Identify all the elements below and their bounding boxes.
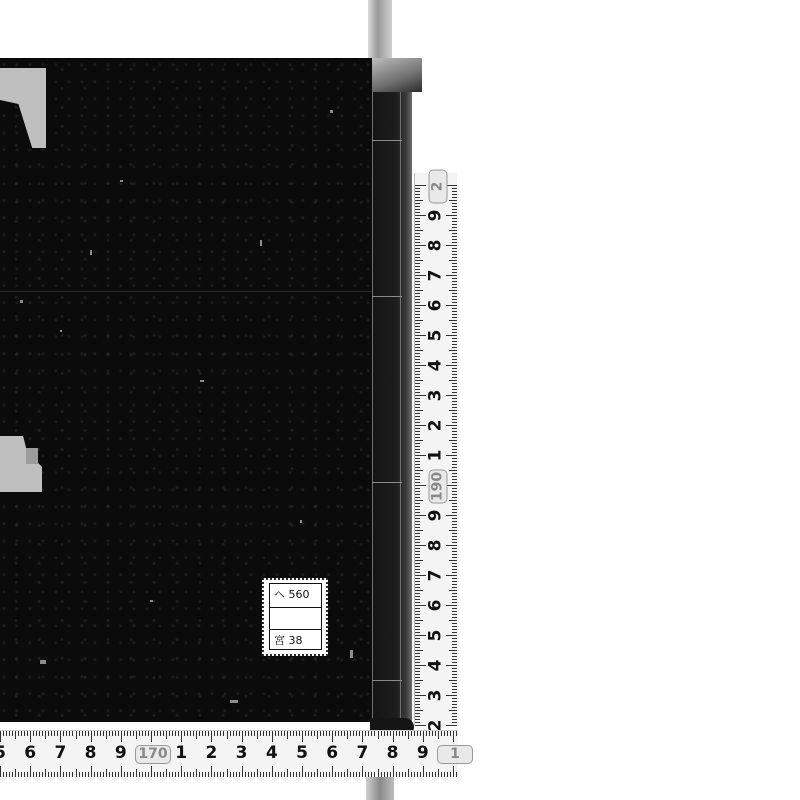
ruler-tick	[446, 395, 457, 396]
ruler-tick	[452, 596, 457, 597]
cover-fold-line	[0, 291, 372, 292]
ruler-tick	[118, 731, 119, 736]
ruler-tick	[452, 644, 457, 645]
ruler-tick	[452, 347, 457, 348]
ruler-tick	[446, 245, 457, 246]
ruler-tick	[415, 518, 420, 519]
spine-worn-top	[372, 58, 422, 92]
cover-wear-speck	[260, 240, 262, 246]
ruler-tick	[449, 440, 457, 441]
cover-wear-speck	[40, 660, 46, 664]
ruler-tick	[452, 602, 457, 603]
ruler-tick	[452, 524, 457, 525]
ruler-label: 3	[428, 686, 445, 706]
ruler-tick	[415, 614, 420, 615]
ruler-tick	[415, 461, 420, 462]
ruler-tick	[163, 772, 164, 777]
ruler-tick	[415, 416, 420, 417]
ruler-tick	[415, 551, 420, 552]
ruler-tick	[311, 731, 312, 736]
ruler-tick	[305, 772, 306, 777]
ruler-tick	[452, 386, 457, 387]
ruler-tick	[18, 772, 19, 777]
ruler-tick	[415, 548, 420, 549]
ruler-tick	[415, 716, 420, 717]
ruler-tick	[384, 772, 385, 777]
ruler-tick	[415, 224, 420, 225]
ruler-tick	[15, 769, 16, 777]
ruler-tick	[452, 569, 457, 570]
ruler-label: 5	[428, 626, 445, 646]
ruler-tick	[415, 395, 426, 396]
ruler-tick	[415, 383, 420, 384]
ruler-tick	[452, 236, 457, 237]
ruler-tick	[154, 772, 155, 777]
ruler-tick	[0, 731, 1, 742]
ruler-tick	[415, 482, 420, 483]
ruler-tick	[415, 530, 423, 531]
ruler-tick	[60, 731, 61, 742]
ruler-tick	[109, 772, 110, 777]
ruler-tick	[452, 233, 457, 234]
ruler-tick	[94, 731, 95, 736]
ruler-tick	[60, 766, 61, 777]
ruler-tick	[415, 230, 423, 231]
ruler-tick	[456, 772, 457, 777]
ruler-tick	[415, 419, 420, 420]
ruler-tick	[452, 389, 457, 390]
ruler-tick	[420, 772, 421, 777]
ruler-tick	[178, 731, 179, 736]
ruler-tick	[420, 731, 421, 736]
ruler-tick	[452, 452, 457, 453]
ruler-tick	[415, 437, 420, 438]
ruler-tick	[205, 772, 206, 777]
ruler-tick	[452, 314, 457, 315]
ruler-tick	[432, 772, 433, 777]
ruler-label: 170	[135, 745, 171, 764]
ruler-tick	[452, 716, 457, 717]
ruler-tick	[415, 467, 420, 468]
ruler-horizontal: 567891701234567891	[0, 730, 458, 777]
ruler-tick	[350, 772, 351, 777]
cover-wear-speck	[90, 250, 92, 255]
ruler-label: 1	[174, 745, 188, 762]
ruler-tick	[452, 242, 457, 243]
ruler-tick	[415, 431, 420, 432]
ruler-tick	[446, 485, 457, 486]
ruler-tick	[275, 731, 276, 736]
ruler-tick	[85, 731, 86, 736]
ruler-tick	[57, 731, 58, 736]
ruler-tick	[415, 464, 420, 465]
ruler-tick	[402, 731, 403, 736]
ruler-tick	[387, 772, 388, 777]
ruler-tick	[452, 677, 457, 678]
ruler-tick	[415, 647, 420, 648]
ruler-tick	[438, 731, 439, 739]
ruler-tick	[452, 203, 457, 204]
ruler-tick	[88, 731, 89, 736]
ruler-tick	[415, 344, 420, 345]
ruler-tick	[452, 671, 457, 672]
ruler-tick	[344, 772, 345, 777]
ruler-tick	[347, 769, 348, 777]
ruler-tick	[48, 772, 49, 777]
ruler-tick	[217, 772, 218, 777]
ruler-tick	[446, 425, 457, 426]
ruler-tick	[415, 533, 420, 534]
ruler-tick	[444, 731, 445, 736]
ruler-tick	[368, 772, 369, 777]
ruler-tick	[415, 260, 423, 261]
ruler-tick	[326, 731, 327, 736]
ruler-tick	[452, 344, 457, 345]
ruler-tick	[452, 404, 457, 405]
spine-edge-line	[372, 58, 373, 722]
ruler-tick	[127, 731, 128, 736]
ruler-tick	[446, 275, 457, 276]
ruler-tick	[415, 569, 420, 570]
ruler-tick	[112, 772, 113, 777]
ruler-tick	[332, 766, 333, 777]
ruler-tick	[446, 305, 457, 306]
ruler-tick	[452, 584, 457, 585]
ruler-tick	[257, 769, 258, 777]
ruler-tick	[452, 473, 457, 474]
ruler-tick	[79, 772, 80, 777]
ruler-tick	[452, 392, 457, 393]
ruler-tick	[415, 455, 426, 456]
ruler-tick	[27, 731, 28, 736]
ruler-tick	[452, 617, 457, 618]
ruler-tick	[415, 497, 420, 498]
ruler-tick	[139, 772, 140, 777]
ruler-tick	[415, 185, 426, 186]
ruler-tick	[411, 772, 412, 777]
ruler-tick	[33, 731, 34, 736]
ruler-tick	[415, 212, 420, 213]
ruler-tick	[449, 650, 457, 651]
ruler-tick	[415, 353, 420, 354]
ruler-label: 7	[428, 266, 445, 286]
ruler-tick	[329, 731, 330, 736]
ruler-tick	[452, 308, 457, 309]
ruler-tick	[415, 404, 420, 405]
ruler-tick	[452, 368, 457, 369]
ruler-tick	[447, 772, 448, 777]
ruler-tick	[415, 491, 420, 492]
ruler-tick	[166, 769, 167, 777]
ruler-tick	[452, 257, 457, 258]
ruler-tick	[415, 311, 420, 312]
ruler-tick	[415, 263, 420, 264]
ruler-tick	[415, 329, 420, 330]
ruler-tick	[72, 772, 73, 777]
ruler-tick	[415, 725, 426, 726]
ruler-tick	[323, 772, 324, 777]
ruler-tick	[452, 509, 457, 510]
ruler-tick	[452, 641, 457, 642]
ruler-tick	[415, 500, 423, 501]
ruler-tick	[230, 772, 231, 777]
ruler-tick	[415, 662, 420, 663]
cover-worn-spot	[26, 448, 38, 464]
ruler-tick	[223, 772, 224, 777]
ruler-tick	[347, 731, 348, 739]
ruler-tick	[415, 512, 420, 513]
ruler-tick	[42, 731, 43, 736]
ruler-tick	[452, 371, 457, 372]
ruler-label: 6	[325, 745, 339, 762]
ruler-tick	[415, 359, 420, 360]
ruler-tick	[254, 731, 255, 736]
ruler-tick	[417, 772, 418, 777]
cover-wear-speck	[200, 380, 204, 382]
ruler-tick	[452, 251, 457, 252]
ruler-tick	[184, 731, 185, 736]
ruler-tick	[452, 428, 457, 429]
ruler-tick	[449, 530, 457, 531]
ruler-tick	[452, 281, 457, 282]
ruler-tick	[94, 772, 95, 777]
ruler-tick	[452, 443, 457, 444]
ruler-tick	[415, 635, 426, 636]
ruler-tick	[172, 731, 173, 736]
ruler-label: 2	[429, 170, 448, 204]
ruler-tick	[452, 581, 457, 582]
ruler-label: 1	[428, 446, 445, 466]
ruler-tick	[208, 772, 209, 777]
ruler-tick	[415, 602, 420, 603]
ruler-tick	[378, 731, 379, 739]
ruler-tick	[415, 722, 420, 723]
ruler-tick	[415, 362, 420, 363]
ruler-tick	[236, 772, 237, 777]
ruler-tick	[365, 731, 366, 736]
ruler-tick	[332, 731, 333, 742]
ruler-tick	[415, 473, 420, 474]
ruler-tick	[415, 197, 420, 198]
cover-wear-speck	[350, 650, 353, 658]
ruler-tick	[452, 362, 457, 363]
label-call-number: ヘ 560	[270, 584, 321, 608]
ruler-tick	[452, 416, 457, 417]
ruler-tick	[415, 509, 420, 510]
ruler-tick	[415, 440, 423, 441]
ruler-tick	[103, 731, 104, 736]
ruler-tick	[415, 278, 420, 279]
ruler-tick	[452, 614, 457, 615]
ruler-tick	[6, 772, 7, 777]
ruler-tick	[452, 623, 457, 624]
ruler-tick	[415, 641, 420, 642]
ruler-tick	[449, 350, 457, 351]
ruler-tick	[384, 731, 385, 736]
ruler-tick	[452, 191, 457, 192]
ruler-tick	[415, 299, 420, 300]
ruler-tick	[415, 632, 420, 633]
ruler-tick	[381, 731, 382, 736]
ruler-tick	[415, 425, 426, 426]
ruler-tick	[356, 731, 357, 736]
ruler-tick	[415, 674, 420, 675]
ruler-tick	[452, 611, 457, 612]
ruler-tick	[415, 515, 426, 516]
ruler-tick	[21, 772, 22, 777]
ruler-tick	[281, 772, 282, 777]
ruler-tick	[338, 772, 339, 777]
ruler-tick	[248, 731, 249, 736]
ruler-tick	[415, 308, 420, 309]
ruler-tick	[202, 731, 203, 736]
ruler-tick	[450, 772, 451, 777]
ruler-tick	[446, 695, 457, 696]
ruler-tick	[415, 611, 420, 612]
ruler-tick	[100, 731, 101, 736]
ruler-tick	[415, 392, 420, 393]
ruler-tick	[452, 659, 457, 660]
ruler-tick	[148, 772, 149, 777]
book-spine	[372, 58, 412, 722]
ruler-tick	[449, 380, 457, 381]
ruler-tick	[452, 272, 457, 273]
ruler-tick	[415, 302, 420, 303]
ruler-tick	[24, 772, 25, 777]
ruler-tick	[452, 626, 457, 627]
ruler-tick	[452, 287, 457, 288]
ruler-label: 9	[428, 206, 445, 226]
ruler-tick	[449, 710, 457, 711]
ruler-tick	[302, 731, 303, 742]
ruler-tick	[415, 365, 426, 366]
ruler-tick	[251, 772, 252, 777]
ruler-tick	[415, 194, 420, 195]
ruler-label: 8	[386, 745, 400, 762]
ruler-tick	[415, 203, 420, 204]
ruler-tick	[344, 731, 345, 736]
ruler-tick	[48, 731, 49, 736]
ruler-tick	[446, 335, 457, 336]
ruler-tick	[452, 563, 457, 564]
ruler-tick	[415, 692, 420, 693]
cover-wear-speck	[330, 110, 333, 113]
ruler-tick	[452, 593, 457, 594]
ruler-tick	[452, 332, 457, 333]
ruler-tick	[414, 772, 415, 777]
ruler-tick	[76, 769, 77, 777]
ruler-tick	[356, 772, 357, 777]
ruler-tick	[3, 772, 4, 777]
spine-binding-line	[400, 58, 401, 722]
ruler-tick	[148, 731, 149, 736]
ruler-tick	[142, 731, 143, 736]
ruler-tick	[175, 731, 176, 736]
ruler-tick	[199, 731, 200, 736]
ruler-tick	[30, 731, 31, 742]
ruler-tick	[415, 347, 420, 348]
ruler-tick	[452, 356, 457, 357]
ruler-tick	[69, 772, 70, 777]
ruler-tick	[190, 731, 191, 736]
ruler-tick	[359, 731, 360, 736]
ruler-tick	[452, 461, 457, 462]
cover-wear-speck	[20, 300, 23, 303]
ruler-tick	[169, 731, 170, 736]
ruler-tick	[444, 772, 445, 777]
ruler-label: 8	[84, 745, 98, 762]
ruler-tick	[127, 772, 128, 777]
ruler-tick	[446, 605, 457, 606]
ruler-tick	[6, 731, 7, 736]
ruler-label: 8	[428, 236, 445, 256]
ruler-tick	[24, 731, 25, 736]
ruler-tick	[452, 506, 457, 507]
ruler-tick	[415, 695, 426, 696]
ruler-tick	[452, 476, 457, 477]
ruler-tick	[257, 731, 258, 739]
ruler-label: 5	[0, 745, 7, 762]
ruler-tick	[272, 766, 273, 777]
ruler-tick	[415, 557, 420, 558]
ruler-tick	[415, 188, 420, 189]
ruler-tick	[299, 772, 300, 777]
ruler-tick	[42, 772, 43, 777]
ruler-tick	[415, 578, 420, 579]
spine-stitch	[372, 482, 402, 483]
ruler-tick	[453, 731, 454, 742]
ruler-tick	[452, 326, 457, 327]
ruler-tick	[408, 731, 409, 739]
ruler-tick	[275, 772, 276, 777]
ruler-tick	[415, 389, 420, 390]
ruler-tick	[452, 557, 457, 558]
ruler-tick	[18, 731, 19, 736]
ruler-tick	[441, 772, 442, 777]
ruler-tick	[415, 209, 420, 210]
ruler-tick	[91, 731, 92, 742]
ruler-tick	[172, 772, 173, 777]
ruler-tick	[175, 772, 176, 777]
ruler-tick	[396, 772, 397, 777]
ruler-tick	[396, 731, 397, 736]
ruler-tick	[211, 766, 212, 777]
ruler-tick	[399, 772, 400, 777]
ruler-tick	[266, 731, 267, 736]
ruler-tick	[452, 689, 457, 690]
ruler-tick	[452, 323, 457, 324]
ruler-vertical: 298765432119098765432	[414, 173, 457, 726]
ruler-tick	[415, 542, 420, 543]
ruler-tick	[79, 731, 80, 736]
ruler-tick	[91, 766, 92, 777]
ruler-label: 6	[23, 745, 37, 762]
ruler-tick	[415, 545, 426, 546]
ruler-tick	[415, 503, 420, 504]
ruler-tick	[452, 422, 457, 423]
spine-stitch	[372, 680, 402, 681]
ruler-tick	[311, 772, 312, 777]
ruler-tick	[118, 772, 119, 777]
cover-wear-speck	[60, 330, 62, 332]
ruler-tick	[452, 632, 457, 633]
ruler-tick	[415, 221, 420, 222]
ruler-tick	[193, 772, 194, 777]
ruler-tick	[452, 206, 457, 207]
ruler-tick	[415, 251, 420, 252]
ruler-tick	[293, 772, 294, 777]
ruler-tick	[452, 548, 457, 549]
